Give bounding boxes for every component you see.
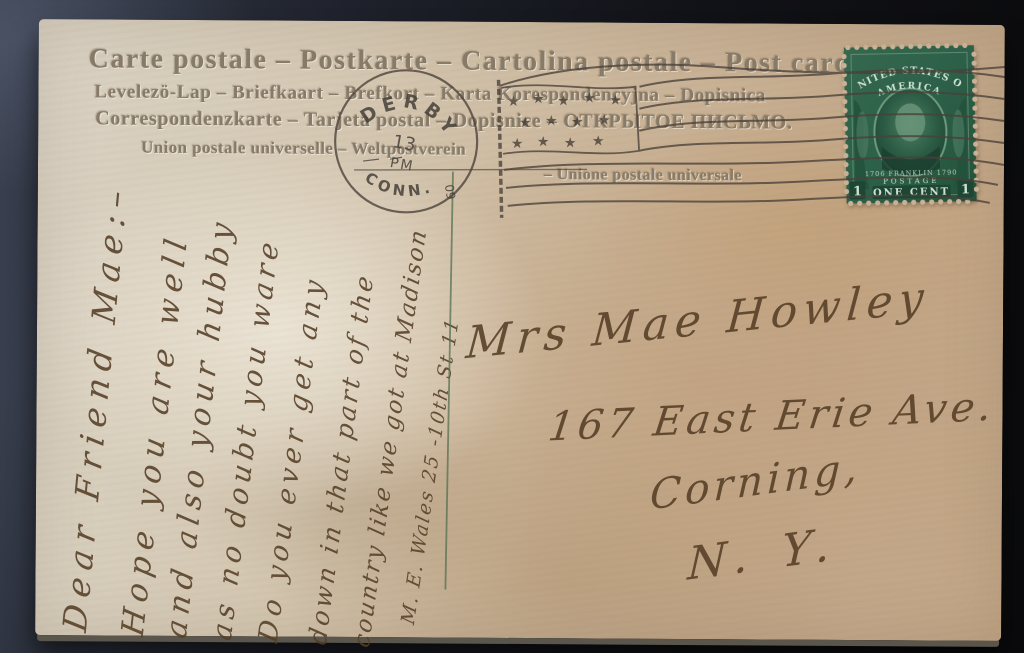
header-line-5: – Unione postale universale: [544, 166, 742, 185]
stamp-artwork: UNITED STATES OF AMERICA 1706 FRANKLIN 1…: [840, 41, 981, 208]
photo-background: Carte postale – Postkarte – Cartolina po…: [0, 0, 1024, 653]
flag-star-icon: ★: [592, 133, 605, 149]
stamp-postage-label: POSTAGE: [883, 177, 939, 186]
header-line-1: Carte postale – Postkarte – Cartolina po…: [89, 43, 852, 80]
header-line-2: Levelezö-Lap – Briefkaart – Brefkort – K…: [94, 81, 766, 107]
franklin-one-cent-stamp: UNITED STATES OF AMERICA 1706 FRANKLIN 1…: [840, 41, 981, 208]
address-line-1: Mrs Mae Howley: [464, 272, 931, 369]
flag-star-icon: ★: [537, 134, 550, 150]
header-line-3: Correspondenzkarte – Tarjeta postal – Do…: [95, 107, 792, 134]
address-line-2: 167 East Erie Ave.: [546, 384, 999, 451]
flag-star-icon: ★: [564, 135, 577, 151]
postmark-state: CONN.: [360, 166, 438, 206]
postmark-year: 09: [442, 184, 458, 201]
stamp-numeral-left: 1: [853, 184, 862, 199]
address-line-3: Corning,: [649, 442, 862, 519]
postcard: Carte postale – Postkarte – Cartolina po…: [35, 19, 1005, 641]
svg-text:CONN.: CONN.: [360, 166, 438, 206]
address-line-4: N. Y.: [687, 517, 841, 591]
stamp-value-label: ONE CENT: [873, 187, 950, 199]
header-line-4: Union postale universelle – Weltpostvere…: [141, 138, 466, 160]
flag-star-icon: ★: [511, 136, 524, 152]
stamp-numeral-right: 1: [961, 182, 970, 197]
